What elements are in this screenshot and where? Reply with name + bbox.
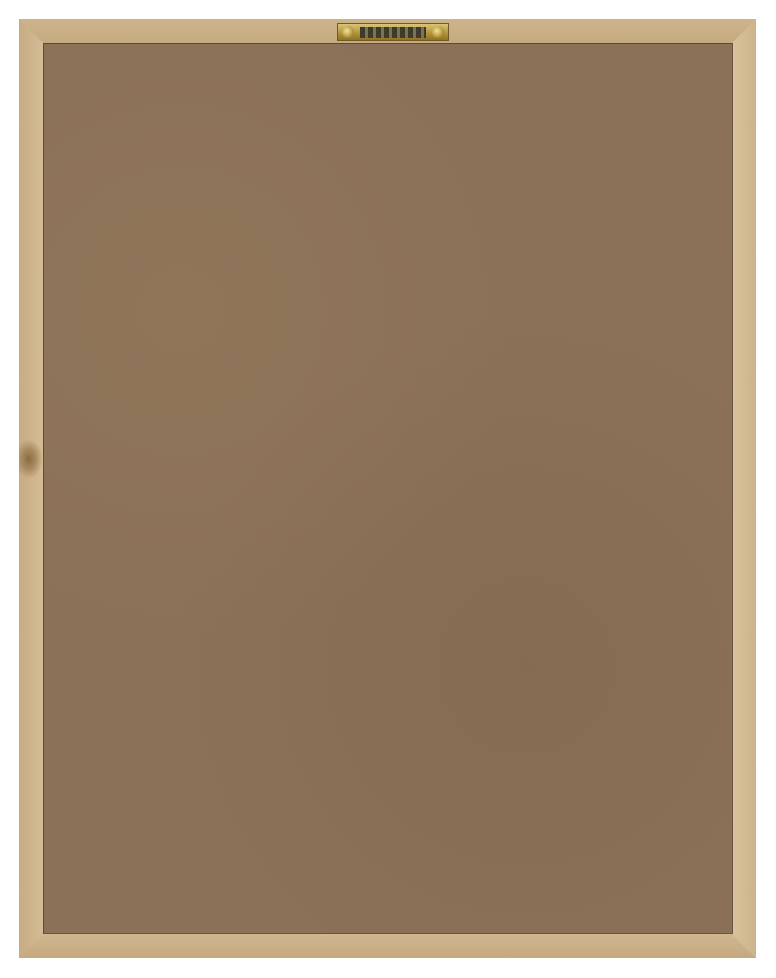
screw-icon [432,26,444,38]
sawtooth-hanger-icon [337,23,449,41]
hardboard-backing [43,43,733,934]
frame-rail-left [19,19,43,958]
sawtooth-teeth [360,27,426,38]
wood-knot [19,439,43,479]
frame-rail-bottom [19,934,756,958]
screw-icon [342,26,354,38]
frame-rail-right [732,19,756,958]
